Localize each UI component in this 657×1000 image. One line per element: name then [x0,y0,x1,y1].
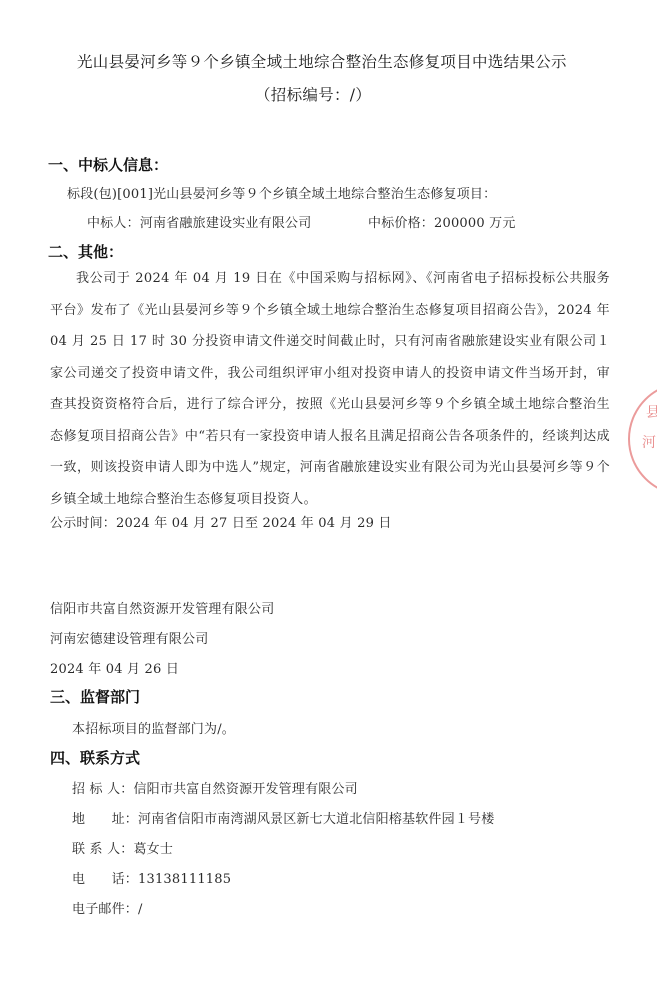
winner-row: 中标人：河南省融旅建设实业有限公司 [87,212,311,231]
seal-char: 河 [642,432,656,452]
document-title: 光山县晏河乡等９个乡镇全域土地综合整治生态修复项目中选结果公示 [77,50,567,72]
contact-label: 联 系 人： [72,842,133,857]
contact-row-email: 电子邮件：/ [72,898,143,917]
winner-label: 中标人： [87,216,140,231]
contact-row-phone: 电 话：13138111185 [72,868,231,887]
price-value: 200000 万元 [434,216,516,231]
section-heading-winner-info: 一、中标人信息： [48,154,168,175]
winner-name: 河南省融旅建设实业有限公司 [140,216,312,231]
price-label: 中标价格： [368,216,434,231]
section-heading-other: 二、其他： [48,241,123,262]
section-heading-supervision: 三、监督部门 [50,686,140,707]
contact-value: 13138111185 [138,872,231,887]
seal-char: 县 [646,402,657,422]
signature-org-2: 河南宏德建设管理有限公司 [50,628,208,647]
announcement-paragraph: 我公司于 2024 年 04 月 19 日在《中国采购与招标网》、《河南省电子招… [50,263,610,515]
contact-row-tenderer: 招 标 人：信阳市共富自然资源开发管理有限公司 [72,778,358,797]
lot-description: 标段(包)[001]光山县晏河乡等９个乡镇全域土地综合整治生态修复项目： [67,183,496,202]
contact-value: / [138,902,143,917]
contact-row-address: 地 址：河南省信阳市南湾湖风景区新七大道北信阳榕基软件园１号楼 [72,808,494,827]
contact-row-person: 联 系 人：葛女士 [72,838,173,857]
contact-label: 电子邮件： [72,902,138,917]
contact-value: 信阳市共富自然资源开发管理有限公司 [133,782,357,797]
publicity-period: 公示时间：2024 年 04 月 27 日至 2024 年 04 月 29 日 [50,512,392,531]
bid-number: （招标编号：/） [255,83,371,105]
contact-value: 河南省信阳市南湾湖风景区新七大道北信阳榕基软件园１号楼 [138,812,494,827]
contact-value: 葛女士 [133,842,173,857]
price-row: 中标价格：200000 万元 [368,212,516,231]
signature-org-1: 信阳市共富自然资源开发管理有限公司 [50,598,274,617]
contact-label: 招 标 人： [72,782,133,797]
supervision-text: 本招标项目的监督部门为/。 [72,718,235,737]
contact-label: 电 话： [72,872,138,887]
signature-date: 2024 年 04 月 26 日 [50,658,179,677]
section-heading-contact: 四、联系方式 [50,747,140,768]
contact-label: 地 址： [72,812,138,827]
